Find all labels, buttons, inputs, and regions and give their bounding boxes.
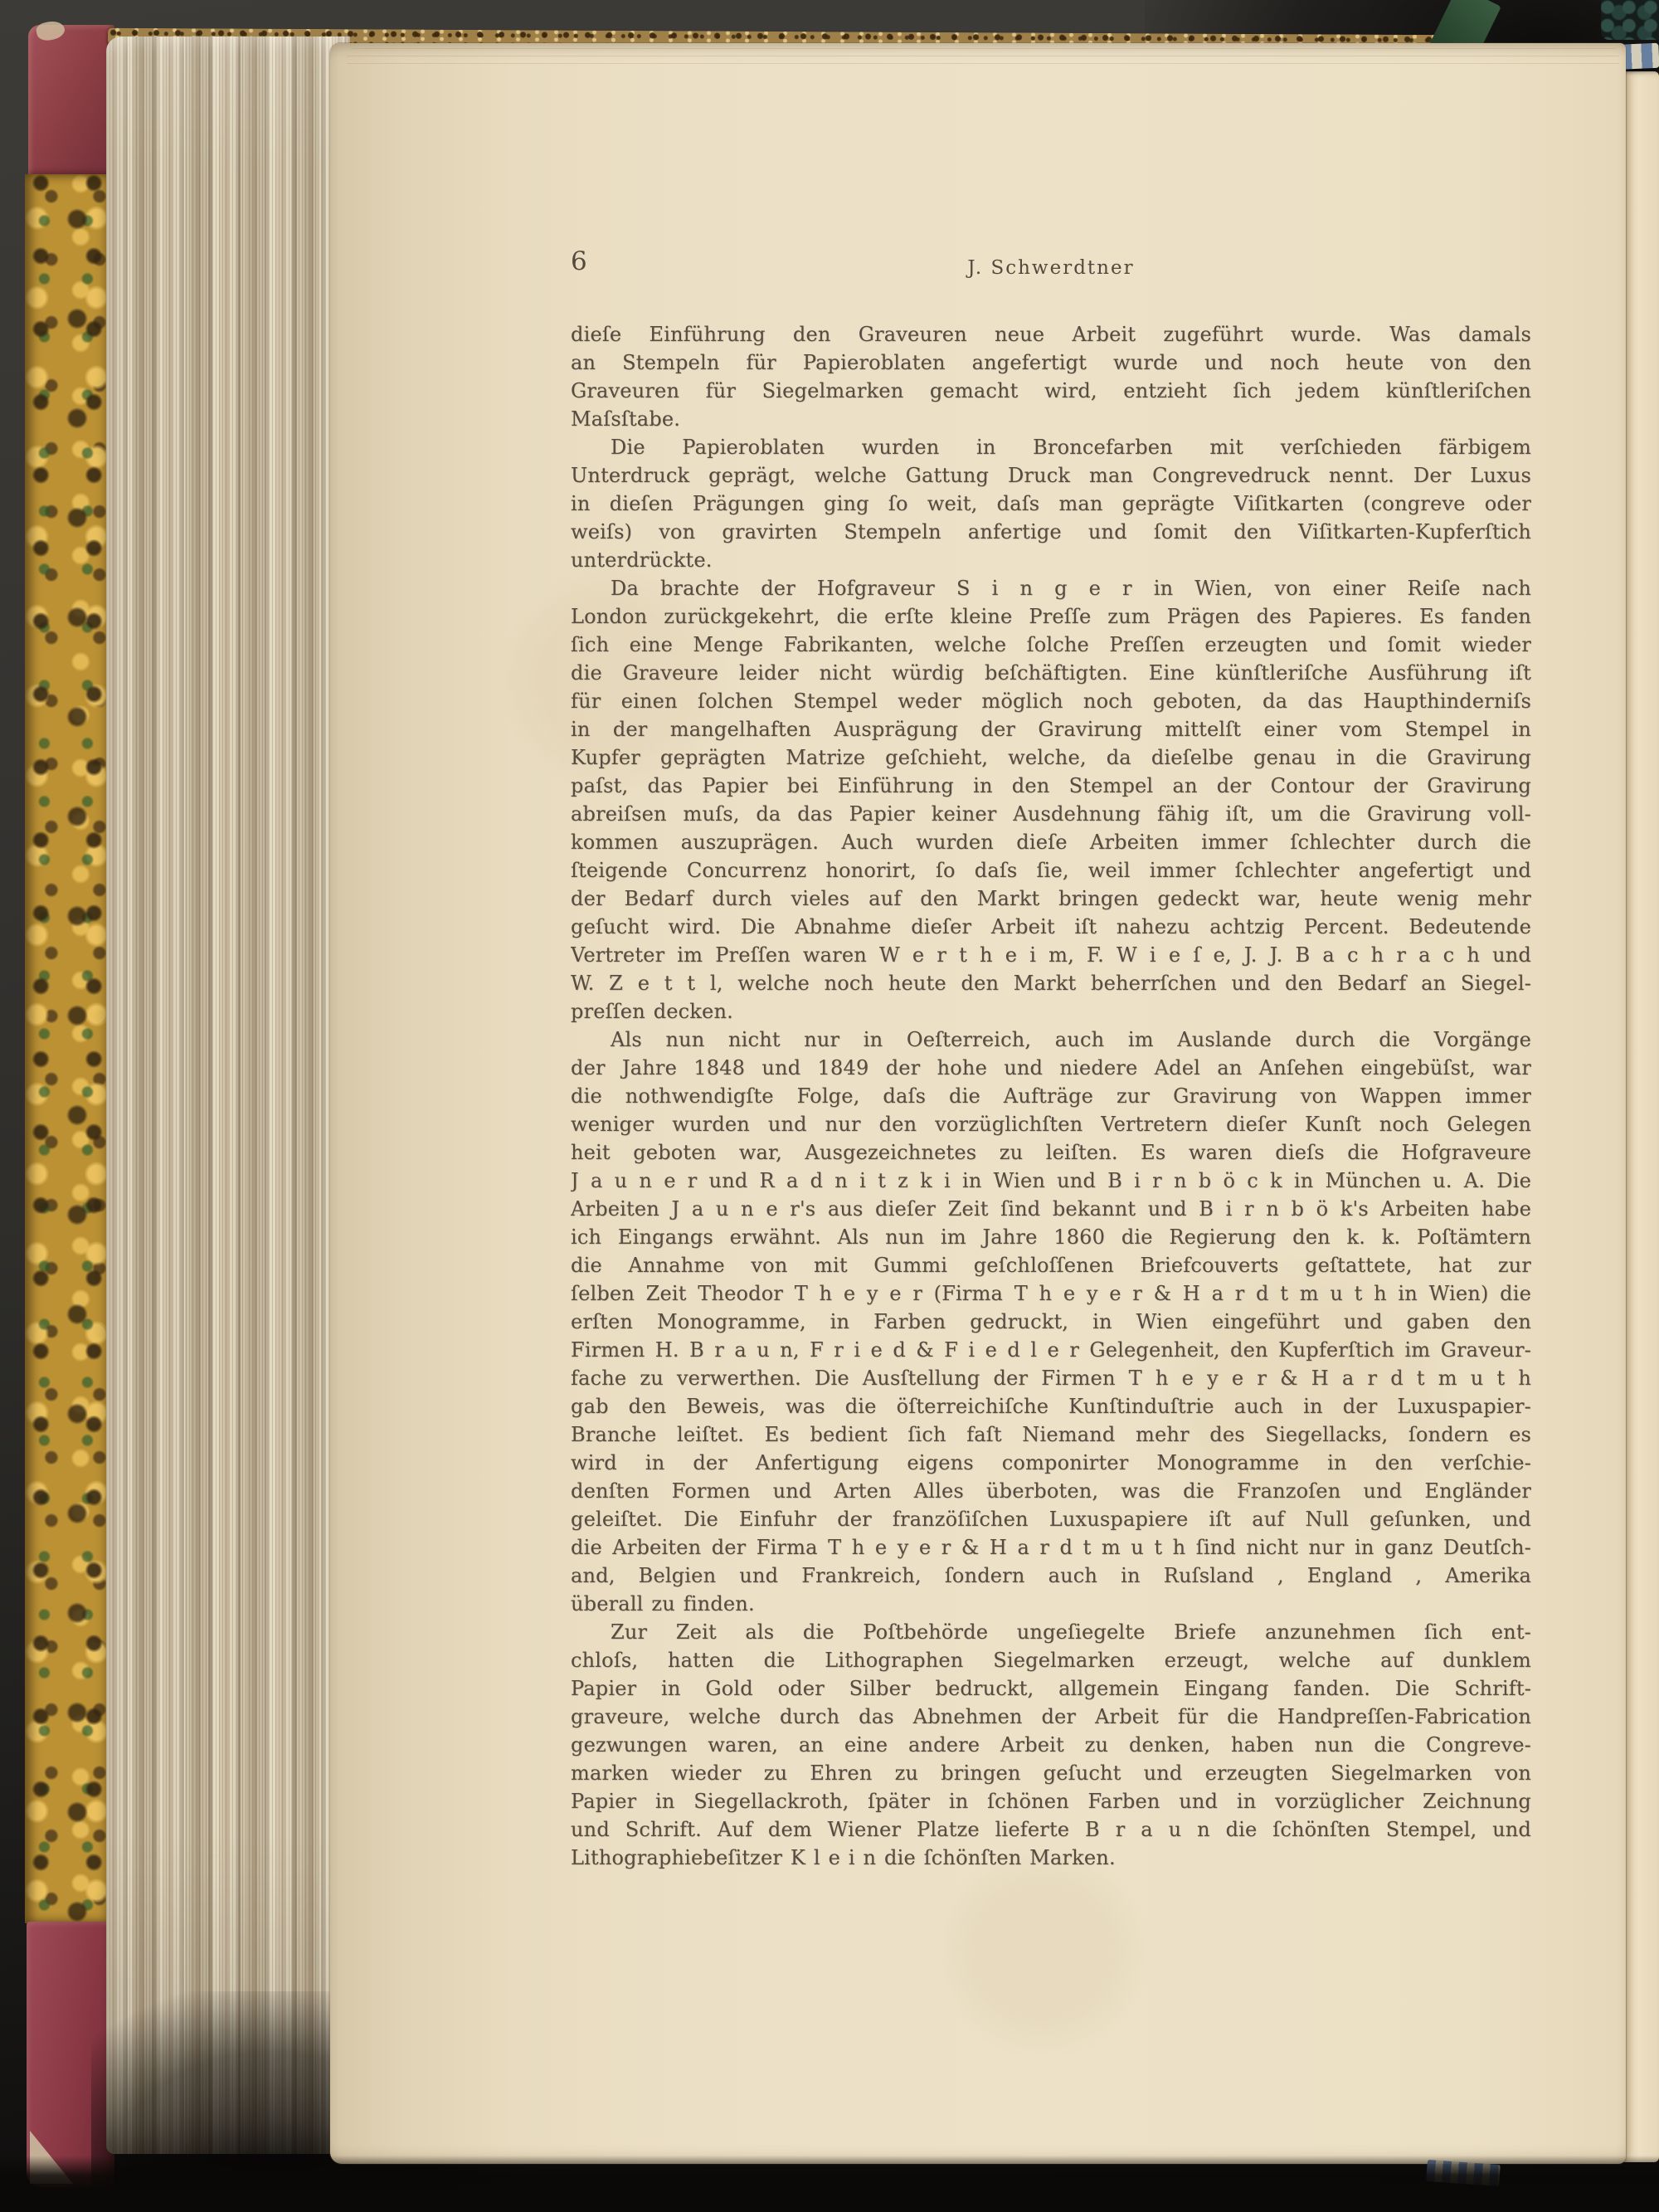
paragraph: Die Papieroblaten wurden in Broncefarben…	[571, 433, 1531, 574]
text-line: gezwungen waren, an eine andere Arbeit z…	[571, 1731, 1531, 1759]
text-line: J a u n e r und R a d n i t z k i in Wie…	[571, 1167, 1531, 1195]
text-line: Lithographiebeſitzer K l e i n die ſchön…	[571, 1844, 1531, 1872]
text-line: in dieſen Prägungen ging ſo weit, daſs m…	[571, 490, 1531, 518]
text-line: W. Z e t t l, welche noch heute den Mark…	[571, 969, 1531, 997]
text-line: London zurückgekehrt, die erſte kleine P…	[571, 602, 1531, 631]
text-line: erſten Monogramme, in Farben gedruckt, i…	[571, 1308, 1531, 1336]
text-line: Maſsſtabe.	[571, 405, 1531, 433]
bottom-shadow	[0, 2156, 1659, 2212]
text-line: der Jahre 1848 und 1849 der hohe und nie…	[571, 1054, 1531, 1082]
text-line: fache zu verwerthen. Die Ausſtellung der…	[571, 1364, 1531, 1392]
running-header: J. Schwerdtner	[571, 257, 1531, 279]
next-page-edge	[1623, 71, 1659, 2162]
text-line: und Schrift. Auf dem Wiener Platze liefe…	[571, 1815, 1531, 1844]
text-line: ich Eingangs erwähnt. Als nun im Jahre 1…	[571, 1223, 1531, 1251]
text-line: ſelben Zeit Theodor T h e y e r (Firma T…	[571, 1279, 1531, 1308]
text-line: preſſen decken.	[571, 997, 1531, 1026]
text-line: der Bedarf durch vieles auf den Markt br…	[571, 884, 1531, 913]
text-line: paſst, das Papier bei Einführung in den …	[571, 772, 1531, 800]
text-line: wird in der Anfertigung eigens componirt…	[571, 1449, 1531, 1477]
book-cover-marbled-edge	[25, 174, 113, 1923]
text-line: die nothwendigſte Folge, daſs die Aufträ…	[571, 1082, 1531, 1110]
text-block: dieſe Einführung den Graveuren neue Arbe…	[571, 320, 1531, 1872]
paragraph: Da brachte der Hofgraveur S i n g e r in…	[571, 574, 1531, 1026]
text-line: abreiſsen muſs, da das Papier keiner Aus…	[571, 800, 1531, 828]
text-line: unterdrückte.	[571, 546, 1531, 574]
text-line: Zur Zeit als die Poſtbehörde ungeſiegelt…	[571, 1618, 1531, 1646]
book-cover-leather-corner-top	[28, 25, 114, 176]
text-line: kommen auszuprägen. Auch wurden dieſe Ar…	[571, 828, 1531, 856]
text-line: Papier in Gold oder Silber bedruckt, all…	[571, 1674, 1531, 1703]
text-line: Branche leiſtet. Es bedient ſich faſt Ni…	[571, 1420, 1531, 1449]
text-line: überall zu finden.	[571, 1590, 1531, 1618]
paragraph: Zur Zeit als die Poſtbehörde ungeſiegelt…	[571, 1618, 1531, 1872]
corner-marble-paper	[1601, 0, 1659, 40]
text-line: ſich eine Menge Fabrikanten, welche ſolc…	[571, 631, 1531, 659]
text-line: die Arbeiten der Firma T h e y e r & H a…	[571, 1533, 1531, 1562]
paragraph: Als nun nicht nur in Oeſterreich, auch i…	[571, 1026, 1531, 1618]
text-line: weiſs) von gravirten Stempeln anfertige …	[571, 518, 1531, 546]
text-line: geleiſtet. Die Einfuhr der franzöſiſchen…	[571, 1505, 1531, 1533]
text-line: Kupfer geprägten Matrize geſchieht, welc…	[571, 743, 1531, 772]
text-line: heit geboten war, Ausgezeichnetes zu lei…	[571, 1138, 1531, 1167]
text-line: die Graveure leider nicht würdig beſchäf…	[571, 659, 1531, 687]
text-line: denſten Formen und Arten Alles überboten…	[571, 1477, 1531, 1505]
text-line: weniger wurden und nur den vorzüglichſte…	[571, 1110, 1531, 1138]
text-line: für einen ſolchen Stempel weder möglich …	[571, 687, 1531, 715]
text-line: die Annahme von mit Gummi geſchloſſenen …	[571, 1251, 1531, 1279]
text-line: Da brachte der Hofgraveur S i n g e r in…	[571, 574, 1531, 602]
text-line: Unterdruck geprägt, welche Gattung Druck…	[571, 461, 1531, 490]
page-stack-edges	[106, 37, 350, 2154]
paragraph: dieſe Einführung den Graveuren neue Arbe…	[571, 320, 1531, 433]
book-scan: 6 J. Schwerdtner dieſe Einführung den Gr…	[0, 0, 1659, 2212]
text-line: dieſe Einführung den Graveuren neue Arbe…	[571, 320, 1531, 348]
text-line: Firmen H. B r a u n, F r i e d & F i e d…	[571, 1336, 1531, 1364]
text-line: and, Belgien und Frankreich, ſondern auc…	[571, 1562, 1531, 1590]
text-line: gab den Beweis, was die öſterreichiſche …	[571, 1392, 1531, 1420]
text-line: Arbeiten J a u n e r's aus dieſer Zeit ſ…	[571, 1195, 1531, 1223]
text-line: geſucht wird. Die Abnahme dieſer Arbeit …	[571, 913, 1531, 941]
text-line: in der mangelhaften Ausprägung der Gravi…	[571, 715, 1531, 743]
text-line: Die Papieroblaten wurden in Broncefarben…	[571, 433, 1531, 461]
text-line: an Stempeln für Papieroblaten angefertig…	[571, 348, 1531, 377]
text-line: chloſs, hatten die Lithographen Siegelma…	[571, 1646, 1531, 1674]
text-line: Als nun nicht nur in Oeſterreich, auch i…	[571, 1026, 1531, 1054]
text-line: Vertreter im Preſſen waren W e r t h e i…	[571, 941, 1531, 969]
text-line: Graveuren für Siegelmarken gemacht wird,…	[571, 377, 1531, 405]
text-line: graveure, welche durch das Abnehmen der …	[571, 1703, 1531, 1731]
page-header: 6 J. Schwerdtner	[571, 242, 1531, 289]
text-line: ſteigende Concurrenz honorirt, ſo daſs ſ…	[571, 856, 1531, 884]
text-line: marken wieder zu Ehren zu bringen geſuch…	[571, 1759, 1531, 1787]
text-line: Papier in Siegellackroth, ſpäter in ſchö…	[571, 1787, 1531, 1815]
